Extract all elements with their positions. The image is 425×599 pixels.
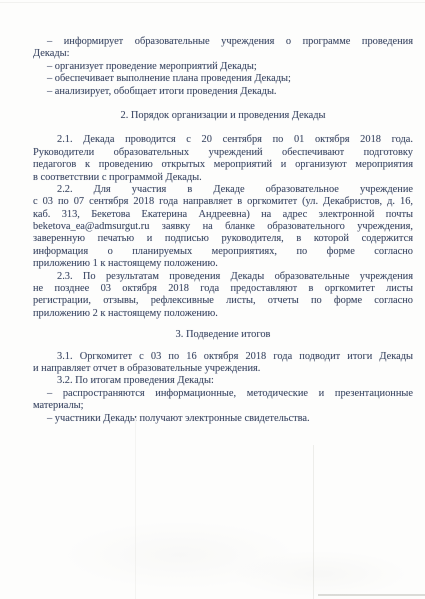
paragraph-line: приложению 1 к настоящему положению. [33,258,413,270]
list-item-line: – анализирует, обобщает итоги проведения… [33,86,413,98]
paragraph-line: и направляет отчет в образовательные учр… [33,363,413,375]
list-item-line: – информирует образовательные учреждения… [33,36,413,48]
document-page: – информирует образовательные учреждения… [0,0,425,599]
scan-smudge [60,520,300,590]
paragraph-line: заверенную печатью и подписью руководите… [33,233,413,245]
paragraph-2-1: 2.1. Декада проводится с 20 сентября по … [33,134,413,184]
list-item-line: – распространяются информационные, метод… [33,388,413,400]
scan-smudge [230,550,410,598]
paragraph-line: 2.1. Декада проводится с 20 сентября по … [33,134,413,146]
paragraph-line: каб. 313, Бекетова Екатерина Андреевна) … [33,209,413,221]
scan-edge-line-top [0,2,425,3]
paragraph-2-2: 2.2. Для участия в Декаде образовательно… [33,184,413,271]
paragraph-3-2: 3.2. По итогам проведения Декады: – расп… [33,375,413,425]
bullet-list-continued: – информирует образовательные учреждения… [33,36,413,98]
section-heading-3: 3. Подведение итогов [33,329,413,341]
paragraph-line: с 03 по 07 сентября 2018 года направляет… [33,196,413,208]
paragraph-line email-line: beketova_ea@admsurgut.ru заявку на бланк… [33,221,413,233]
paragraph-line: 2.3. По результатам проведения Декады об… [33,271,413,283]
list-item-line: – участники Декады получают электронные … [33,413,413,425]
section-heading-2: 2. Порядок организации и проведения Дека… [33,110,413,122]
paragraph-2-3: 2.3. По результатам проведения Декады об… [33,271,413,321]
paragraph-line: информация о планируемых мероприятиях, п… [33,246,413,258]
paragraph-3-1: 3.1. Оргкомитет с 03 по 16 октября 2018 … [33,351,413,376]
list-item-line: – обеспечивает выполнение плана проведен… [33,73,413,85]
list-item-line: – организует проведение мероприятий Дека… [33,61,413,73]
paragraph-line: приложению 2 к настоящему положению. [33,308,413,320]
paragraph-line: Руководители образовательных учреждений … [33,147,413,159]
scan-fold-line-right [313,445,314,599]
scan-edge-line-bottom [318,594,425,596]
paragraph-line: 3.1. Оргкомитет с 03 по 16 октября 2018 … [33,351,413,363]
document-content: – информирует образовательные учреждения… [33,36,413,425]
list-item-line: материалы; [33,400,413,412]
paragraph-line: педагогов к проведению открытых мероприя… [33,159,413,171]
list-item-line: Декады: [33,48,413,60]
scan-fold-line-left [135,418,136,599]
paragraph-line: в соответствии с программой Декады. [33,172,413,184]
paragraph-line: регистрации, отзывы, рефлексивные листы,… [33,295,413,307]
paragraph-line: не позднее 03 октября 2018 года предоста… [33,283,413,295]
paragraph-line: 3.2. По итогам проведения Декады: [33,375,413,387]
paragraph-line: 2.2. Для участия в Декаде образовательно… [33,184,413,196]
